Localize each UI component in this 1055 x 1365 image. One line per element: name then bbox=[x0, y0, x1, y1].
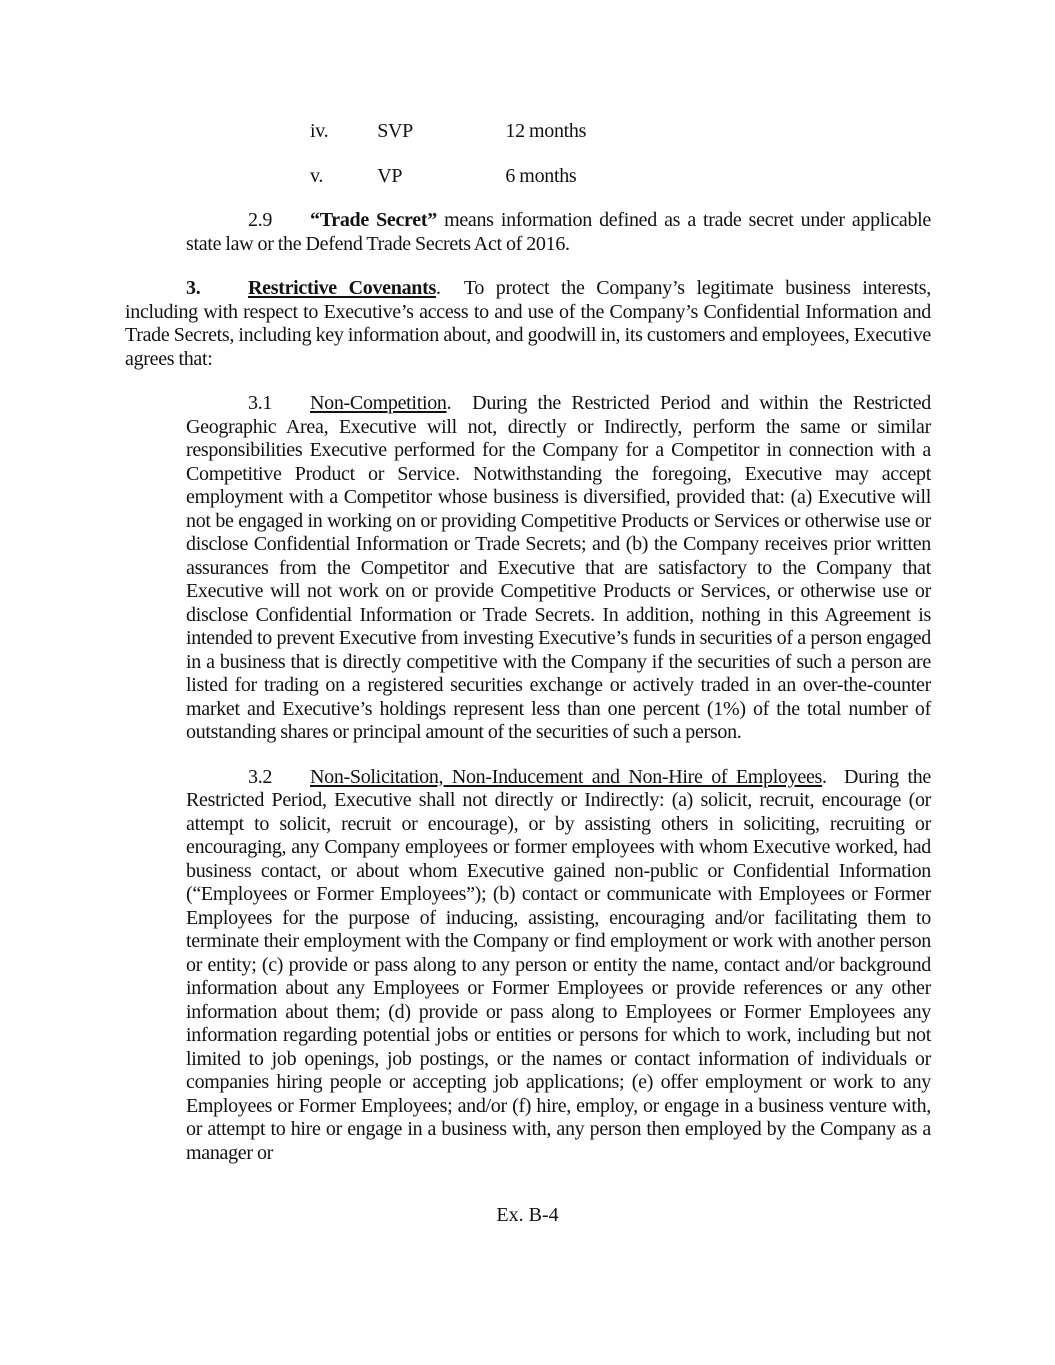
section-number: 3. bbox=[186, 277, 248, 301]
term-duration: 6 months bbox=[505, 165, 576, 187]
section-heading: Restrictive Covenants bbox=[248, 277, 436, 299]
section-3-1-paragraph: 3.1Non-Competition. During the Restricte… bbox=[186, 392, 931, 745]
term-numeral: v. bbox=[310, 165, 373, 189]
term-row-v: v. VP 6 months bbox=[125, 165, 931, 189]
section-number: 3.2 bbox=[248, 766, 310, 790]
page-footer-label: Ex. B-4 bbox=[0, 1204, 1055, 1228]
defined-term: “Trade Secret” bbox=[310, 209, 437, 231]
document-body: iv. SVP 12 months v. VP 6 months 2.9“Tra… bbox=[125, 120, 931, 1186]
section-heading: Non-Solicitation, Non-Inducement and Non… bbox=[310, 766, 822, 788]
section-heading: Non-Competition bbox=[310, 392, 447, 414]
section-2-9-paragraph: 2.9“Trade Secret” means information defi… bbox=[186, 209, 931, 256]
section-3-paragraph: 3.Restrictive Covenants. To protect the … bbox=[125, 277, 931, 371]
section-3-2-paragraph: 3.2Non-Solicitation, Non-Inducement and … bbox=[186, 766, 931, 1166]
section-text: . During the Restricted Period, Executiv… bbox=[186, 766, 931, 1164]
term-role: VP bbox=[377, 165, 501, 189]
section-number: 2.9 bbox=[248, 209, 310, 233]
section-text: . During the Restricted Period and withi… bbox=[186, 392, 931, 743]
term-duration: 12 months bbox=[505, 120, 586, 142]
term-role: SVP bbox=[377, 120, 501, 144]
section-number: 3.1 bbox=[248, 392, 310, 416]
term-row-iv: iv. SVP 12 months bbox=[125, 120, 931, 144]
document-page: iv. SVP 12 months v. VP 6 months 2.9“Tra… bbox=[0, 0, 1055, 1365]
term-numeral: iv. bbox=[310, 120, 373, 144]
